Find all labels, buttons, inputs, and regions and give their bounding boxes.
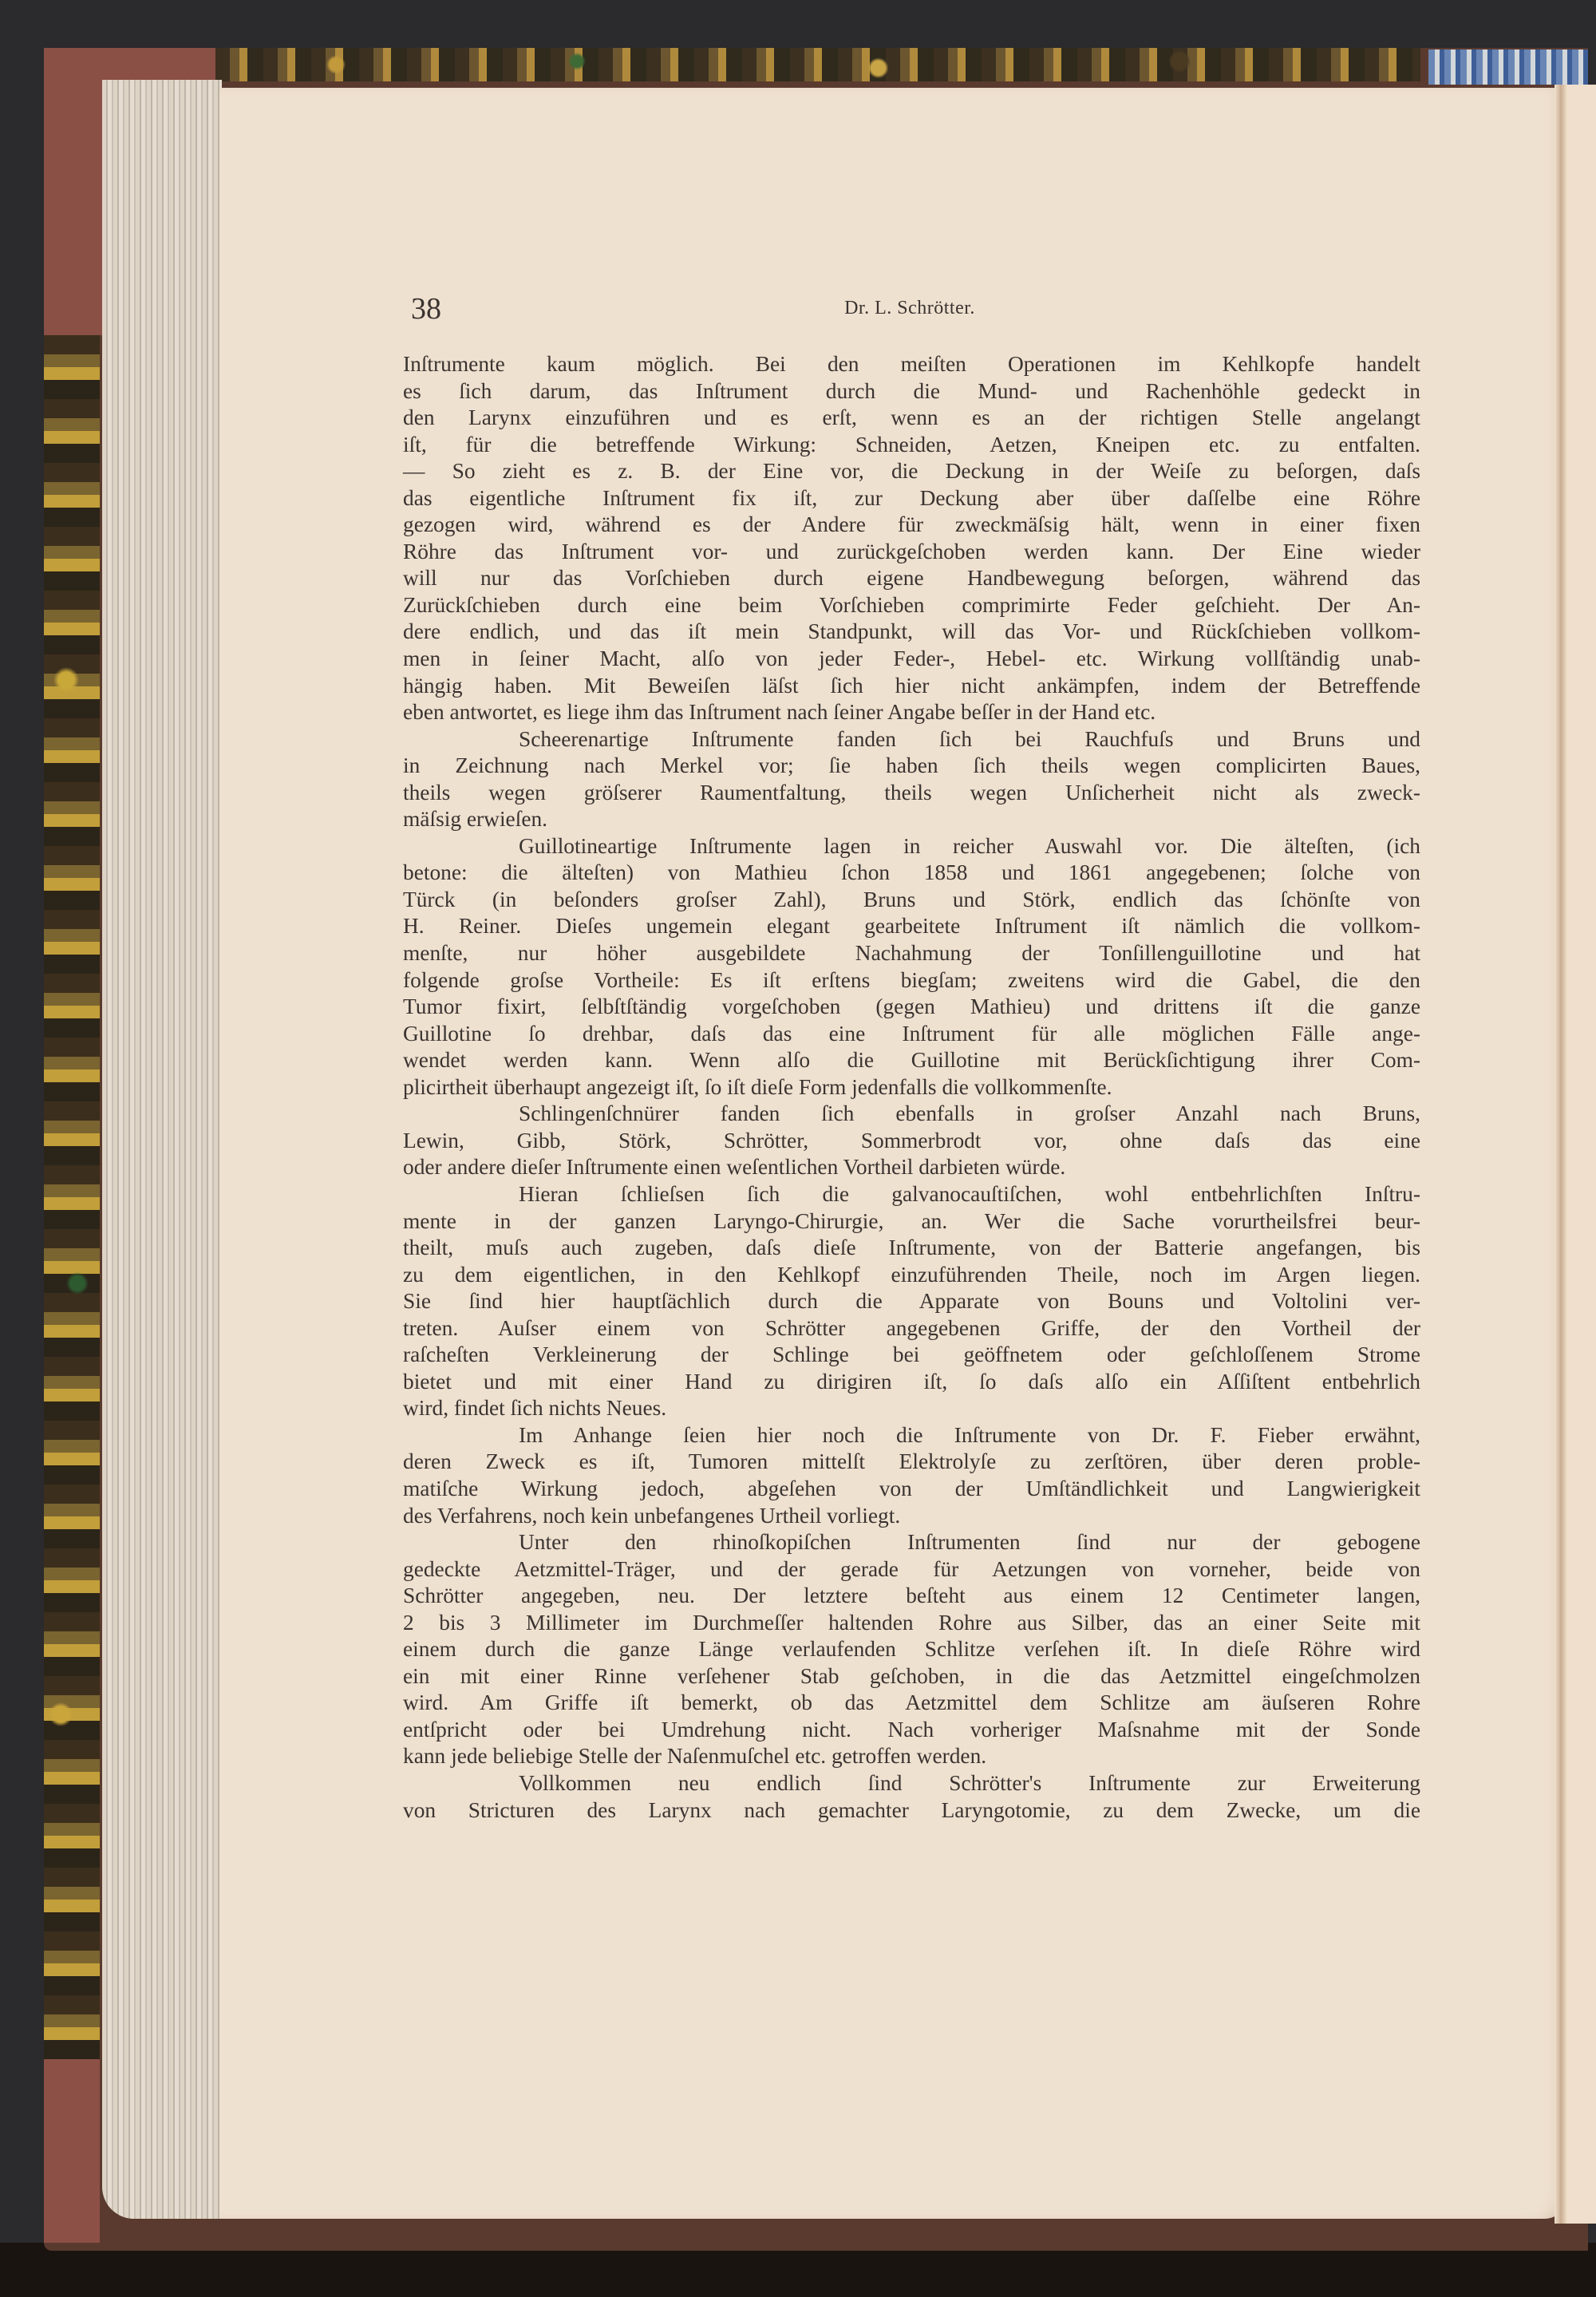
text-line: das eigentliche Inſtrument fix iſt, zur … [403, 485, 1420, 512]
running-head: 38 Dr. L. Schrötter. [403, 283, 1416, 331]
body-text: Inſtrumente kaum möglich. Bei den meiſte… [403, 351, 1420, 1824]
text-line: es ſich darum, das Inſtrument durch die … [403, 378, 1420, 405]
marbled-board-left [44, 335, 100, 2059]
text-line: ein mit einer Rinne verſehener Stab geſc… [403, 1663, 1420, 1690]
text-line: in Zeichnung nach Merkel vor; ſie haben … [403, 753, 1420, 780]
text-line: des Verfahrens, noch kein unbefangenes U… [403, 1503, 1420, 1530]
text-line: eben antwortet, es liege ihm das Inſtrum… [403, 699, 1420, 726]
text-line: Sie ſind hier hauptſächlich durch die Ap… [403, 1288, 1420, 1315]
text-line: Guillotineartige Inſtrumente lagen in re… [403, 833, 1420, 860]
text-line: gezogen wird, während es der Andere für … [403, 512, 1420, 539]
text-line: Hieran ſchlieſsen ſich die galvanocauſti… [403, 1181, 1420, 1208]
text-line: Lewin, Gibb, Störk, Schrötter, Sommerbro… [403, 1128, 1420, 1155]
text-line: 2 bis 3 Millimeter im Durchmeſſer halten… [403, 1610, 1420, 1637]
text-line: wird, findet ſich nichts Neues. [403, 1395, 1420, 1422]
text-line: Zurückſchieben durch eine beim Vorſchieb… [403, 592, 1420, 619]
text-line: deren Zweck es iſt, Tumoren mittelſt Ele… [403, 1449, 1420, 1476]
text-line: von Stricturen des Larynx nach gemachter… [403, 1797, 1420, 1825]
text-line: bietet und mit einer Hand zu dirigiren i… [403, 1369, 1420, 1396]
gutter [1555, 85, 1567, 2224]
text-line: theils wegen gröſserer Raumentfaltung, t… [403, 780, 1420, 807]
text-line: mente in der ganzen Laryngo-Chirurgie, a… [403, 1208, 1420, 1235]
text-line: Schrötter angegeben, neu. Der letztere b… [403, 1583, 1420, 1610]
text-line: wird. Am Griffe iſt bemerkt, ob das Aetz… [403, 1690, 1420, 1717]
marbled-board-top [215, 48, 1420, 81]
text-line: kann jede beliebige Stelle der Naſenmuſc… [403, 1743, 1420, 1770]
page-edges [102, 80, 222, 2219]
text-line: Röhre das Inſtrument vor- und zurückgeſc… [403, 539, 1420, 566]
text-line: matiſche Wirkung jedoch, abgeſehen von d… [403, 1476, 1420, 1503]
text-line: iſt, für die betreffende Wirkung: Schnei… [403, 432, 1420, 459]
text-line: plicirtheit überhaupt angezeigt iſt, ſo … [403, 1074, 1420, 1101]
text-line: treten. Auſser einem von Schrötter angeg… [403, 1315, 1420, 1342]
text-line: Vollkommen neu endlich ſind Schrötter's … [403, 1770, 1420, 1797]
text-line: entſpricht oder bei Umdrehung nicht. Nac… [403, 1717, 1420, 1744]
text-line: hängig haben. Mit Beweiſen läſst ſich hi… [403, 673, 1420, 700]
text-line: betone: die älteſten) von Mathieu ſchon … [403, 860, 1420, 887]
text-line: Türck (in beſonders groſser Zahl), Bruns… [403, 887, 1420, 914]
text-line: Tumor fixirt, ſelbſtſtändig vorgeſchoben… [403, 994, 1420, 1021]
running-title: Dr. L. Schrötter. [403, 298, 1416, 319]
text-line: mäſsig erwieſen. [403, 806, 1420, 833]
text-line: dere endlich, und das iſt mein Standpunk… [403, 619, 1420, 646]
text-line: zu dem eigentlichen, in den Kehlkopf ein… [403, 1262, 1420, 1289]
headband [1428, 49, 1588, 85]
text-line: — So zieht es z. B. der Eine vor, die De… [403, 458, 1420, 485]
text-line: oder andere dieſer Inſtrumente einen weſ… [403, 1154, 1420, 1181]
text-line: raſcheſten Verkleinerung der Schlinge be… [403, 1342, 1420, 1369]
text-line: Inſtrumente kaum möglich. Bei den meiſte… [403, 351, 1420, 378]
text-line: theilt, muſs auch zugeben, daſs dieſe In… [403, 1235, 1420, 1262]
text-line: den Larynx einzuführen und es erſt, wenn… [403, 405, 1420, 432]
text-line: folgende groſse Vortheile: Es iſt erſten… [403, 967, 1420, 994]
text-line: menſte, nur höher ausgebildete Nachahmun… [403, 940, 1420, 967]
text-line: Im Anhange ſeien hier noch die Inſtrumen… [403, 1422, 1420, 1449]
text-line: Unter den rhinoſkopiſchen Inſtrumenten ſ… [403, 1529, 1420, 1556]
text-line: wendet werden kann. Wenn alſo die Guillo… [403, 1047, 1420, 1074]
text-line: men in ſeiner Macht, alſo von jeder Fede… [403, 646, 1420, 673]
table-surface [0, 2243, 1596, 2297]
text-line: gedeckte Aetzmittel-Träger, und der gera… [403, 1556, 1420, 1583]
text-line: H. Reiner. Dieſes ungemein elegant gearb… [403, 913, 1420, 940]
facing-page-edge [1567, 85, 1596, 2224]
text-line: Scheerenartige Inſtrumente fanden ſich b… [403, 726, 1420, 753]
text-line: will nur das Vorſchieben durch eigene Ha… [403, 565, 1420, 592]
leather-corner-bottom [44, 2059, 100, 2243]
text-line: einem durch die ganze Länge verlaufenden… [403, 1636, 1420, 1663]
text-line: Guillotine ſo drehbar, daſs das eine Inſ… [403, 1021, 1420, 1048]
text-line: Schlingenſchnürer fanden ſich ebenfalls … [403, 1101, 1420, 1128]
